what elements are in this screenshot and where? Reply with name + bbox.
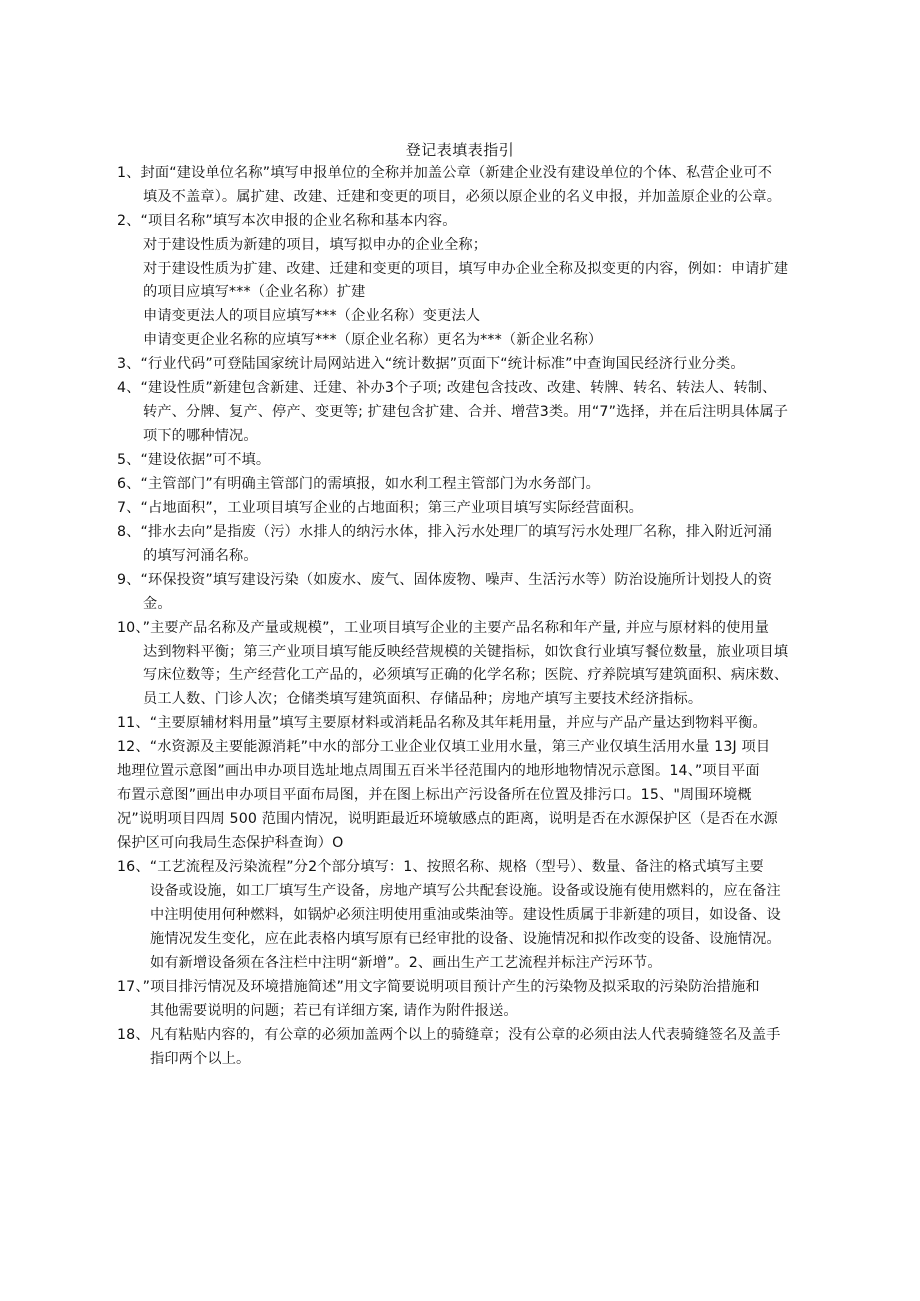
document-page: 登记表填表指引 1、封面“建设单位名称”填写申报单位的全称并加盖公章（新建企业没…: [0, 0, 920, 1301]
text-line: 项下的哪种情况。: [143, 425, 258, 447]
text-line: 员工人数、门诊人次；仓储类填写建筑面积、存储品种；房地产填写主要技术经济指标。: [143, 688, 702, 710]
text-line: 写床位数等；生产经营化工产品的，必须填写正确的化学名称；医院、疗养院填写建筑面积…: [143, 664, 788, 686]
text-line: 17、”项目排污情况及环境措施简述”用文字简要说明项目预计产生的污染物及拟采取的…: [117, 976, 760, 998]
text-line: 地理位置示意图”画出申办项目选址地点周围五百米半径范围内的地形地物情况示意图。1…: [117, 760, 760, 782]
text-line: 12、“水资源及主要能源消耗”中水的部分工业企业仅填工业用水量，第三产业仅填生活…: [117, 736, 770, 758]
text-line: 保护区可向我局生态保护科查询）O: [117, 832, 343, 854]
text-line: 申请变更法人的项目应填写***（企业名称）变更法人: [143, 305, 480, 327]
text-line: 金。: [143, 593, 172, 615]
text-line: 16、“工艺流程及污染流程”分2个部分填写：1、按照名称、规格（型号）、数量、备…: [117, 856, 764, 878]
text-line: 11、“主要原辅材料用量”填写主要原材料或消耗品名称及其年耗用量，并应与产品产量…: [117, 712, 767, 734]
text-line: 达到物料平衡；第三产业项目填写能反映经营规模的关键指标，如饮食行业填写餐位数量，…: [143, 641, 788, 663]
text-line: 7、“占地面积”，工业项目填写企业的占地面积；第三产业项目填写实际经营面积。: [117, 497, 643, 519]
text-line: 对于建设性质为扩建、改建、迁建和变更的项目，填写申办企业全称及拟变更的内容，例如…: [143, 258, 788, 280]
text-line: 对于建设性质为新建的项目，填写拟申办的企业全称；: [143, 234, 487, 256]
text-line: 况”说明项目四周 500 范围内情况，说明距最近环境敏感点的距离，说明是否在水源…: [117, 808, 778, 830]
text-line: 18、凡有粘贴内容的，有公章的必须加盖两个以上的骑缝章；没有公章的必须由法人代表…: [117, 1024, 781, 1046]
text-line: 8、“排水去向”是指废（污）水排人的纳污水体，排入污水处理厂的填写污水处理厂名称…: [117, 521, 772, 543]
text-line: 中注明使用何种燃料，如锅炉必须注明使用重油或柴油等。建设性质属于非新建的项目，如…: [150, 904, 781, 926]
text-line: 的项目应填写***（企业名称）扩建: [143, 281, 365, 303]
text-line: 布置示意图”画出申办项目平面布局图，并在图上标出产污设备所在位置及排污口。15、…: [117, 784, 752, 806]
text-line: 设备或设施，如工厂填写生产设备，房地产填写公共配套设施。设备或设施有使用燃料的，…: [150, 880, 781, 902]
text-line: 1、封面“建设单位名称”填写申报单位的全称并加盖公章（新建企业没有建设单位的个体…: [117, 162, 772, 184]
text-line: 9、“环保投资”填写建设污染（如废水、废气、固体废物、噪声、生活污水等）防治设施…: [117, 569, 772, 591]
text-line: 的填写河涌名称。: [143, 545, 258, 567]
text-line: 施情况发生变化，应在此表格内填写原有已经审批的设备、设施情况和拟作改变的设备、设…: [150, 928, 781, 950]
text-line: 3、“行业代码”可登陆国家统计局网站进入“统计数据”页面下“统计标准”中查询国民…: [117, 353, 745, 375]
text-line: 2、“项目名称”填写本次申报的企业名称和基本内容。: [117, 210, 457, 232]
text-line: 10、”主要产品名称及产量或规模”，工业项目填写企业的主要产品名称和年产量, 并…: [117, 617, 769, 639]
text-line: 如有新增设备须在各注栏中注明“新增”。2、画出生产工艺流程并标注产污环节。: [150, 952, 662, 974]
text-line: 6、“主管部门”有明确主管部门的需填报，如水利工程主管部门为水务部门。: [117, 473, 600, 495]
text-line: 5、“建设依据”可不填。: [117, 449, 270, 471]
text-line: 申请变更企业名称的应填写***（原企业名称）更名为***（新企业名称）: [143, 329, 602, 351]
text-line: 填及不盖章）。属扩建、改建、迁建和变更的项目，必须以原企业的名义申报，并加盖原企…: [143, 186, 781, 208]
page-title: 登记表填表指引: [0, 139, 920, 161]
text-line: 4、“建设性质”新建包含新建、迁建、补办3个子项; 改建包含技改、改建、转牌、转…: [117, 377, 776, 399]
text-line: 其他需要说明的问题；若已有详细方案, 请作为附件报送。: [150, 1000, 518, 1022]
text-line: 指印两个以上。: [150, 1048, 250, 1070]
text-line: 转产、分牌、复产、停产、变更等; 扩建包含扩建、合并、增营3类。用“7”选择，并…: [143, 401, 788, 423]
